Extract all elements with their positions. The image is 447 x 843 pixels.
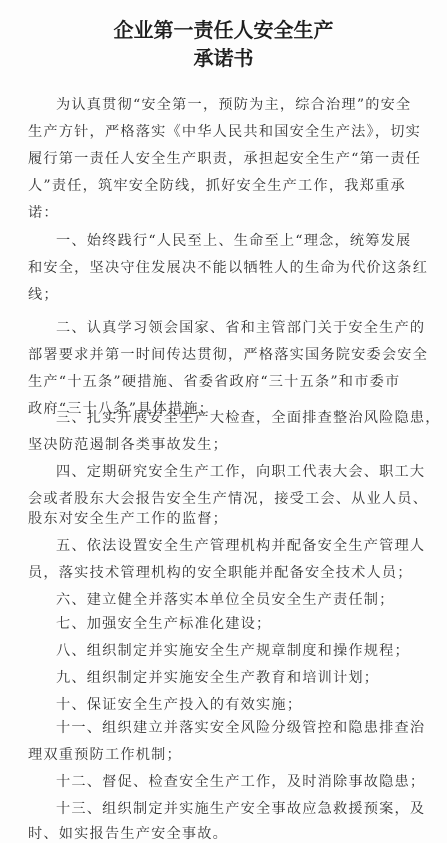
- body-line: 七、加强安全生产标准化建设；: [56, 613, 271, 633]
- body-line: 一、始终践行“人民至上、生命至上“理念，统筹发展: [56, 230, 411, 250]
- body-line: 生产“十五条”硬措施、省委省政府“三十五条”和市委市: [28, 371, 400, 391]
- body-line: 二、认真学习领会国家、省和主管部门关于安全生产的: [56, 317, 425, 337]
- body-line: 和安全，坚决守住发展决不能以牺牲人的生命为代价这条红: [28, 257, 428, 277]
- body-line: 时、如实报告生产安全事故。: [28, 823, 228, 843]
- body-line: 八、组织制定并实施安全生产规章制度和操作规程；: [56, 640, 410, 660]
- body-line: 履行第一责任人安全生产职责，承担起安全生产“第一责任: [28, 148, 421, 168]
- body-line: 十三、组织制定并实施生产安全事故应急救援预案，及: [56, 798, 425, 818]
- body-line: 四、定期研究安全生产工作，向职工代表大会、职工大: [56, 461, 425, 481]
- body-line: 会或者股东大会报告安全生产情况，接受工会、从业人员、: [28, 488, 428, 508]
- body-line: 十二、督促、检查安全生产工作，及时消除事故隐患；: [56, 771, 425, 791]
- document-subtitle: 承诺书: [0, 42, 447, 71]
- body-line: 诺：: [28, 202, 59, 222]
- body-line: 九、组织制定并实施安全生产教育和培训计划；: [56, 667, 379, 687]
- document-page: 企业第一责任人安全生产 承诺书 为认真贯彻“安全第一，预防为主，综合治理”的安全…: [0, 0, 447, 843]
- body-line: 五、依法设置安全生产管理机构并配备安全生产管理人: [56, 535, 425, 555]
- body-line: 十、保证安全生产投入的有效实施；: [56, 694, 302, 714]
- body-line: 坚决防范遏制各类事故发生；: [28, 434, 228, 454]
- body-line: 理双重预防工作机制；: [28, 744, 182, 764]
- body-line: 员，落实技术管理机构的安全职能并配备安全技术人员；: [28, 562, 413, 582]
- body-line: 人”责任，筑牢安全防线，抓好安全生产工作，我郑重承: [28, 175, 406, 195]
- document-title: 企业第一责任人安全生产: [0, 14, 447, 43]
- body-line: 生产方针，严格落实《中华人民共和国安全生产法》，切实: [28, 121, 421, 141]
- body-line: 股东对安全生产工作的监督；: [28, 508, 228, 528]
- body-line: 三、扎实开展安全生产大检查，全面排查整治风险隐患，: [56, 407, 441, 427]
- body-line: 部署要求并第一时间传达贯彻，严格落实国务院安委会安全: [28, 344, 428, 364]
- body-line: 六、建立健全并落实本单位全员安全生产责任制；: [56, 589, 395, 609]
- body-line: 为认真贯彻“安全第一，预防为主，综合治理”的安全: [56, 94, 411, 114]
- body-line: 十一、组织建立并落实安全风险分级管控和隐患排查治: [56, 717, 425, 737]
- body-line: 线；: [28, 284, 59, 304]
